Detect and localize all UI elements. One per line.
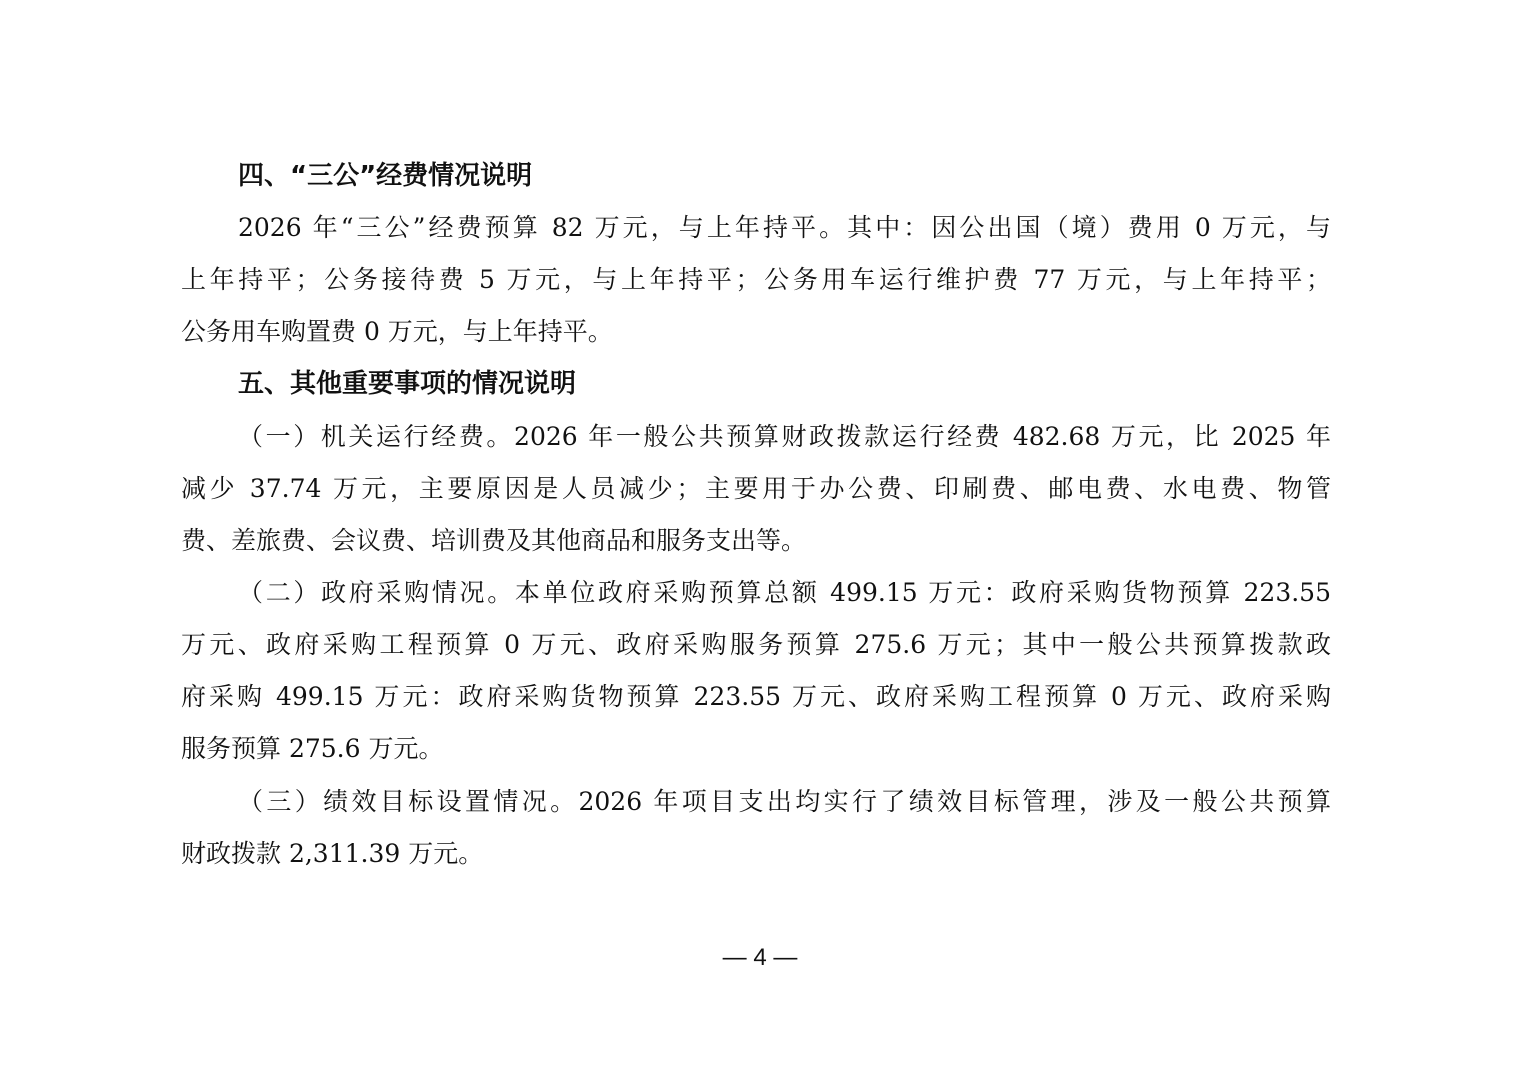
paragraph-line: （二）政府采购情况。本单位政府采购预算总额 499.15 万元：政府采购货物预算…: [238, 567, 1331, 619]
paragraph-line: 费、差旅费、会议费、培训费及其他商品和服务支出等。: [181, 515, 1331, 567]
document-page: 四、“三公”经费情况说明 2026 年“三公”经费预算 82 万元，与上年持平。…: [0, 0, 1520, 1074]
paragraph-line: 上年持平；公务接待费 5 万元，与上年持平；公务用车运行维护费 77 万元，与上…: [181, 254, 1331, 306]
paragraph-line: 2026 年“三公”经费预算 82 万元，与上年持平。其中：因公出国（境）费用 …: [238, 202, 1331, 254]
section-heading-three-public-expenses: 四、“三公”经费情况说明: [238, 150, 1331, 202]
paragraph-line: 万元、政府采购工程预算 0 万元、政府采购服务预算 275.6 万元；其中一般公…: [181, 619, 1331, 671]
paragraph-line: 府采购 499.15 万元：政府采购货物预算 223.55 万元、政府采购工程预…: [181, 671, 1331, 723]
section-heading-other-matters: 五、其他重要事项的情况说明: [238, 358, 1331, 410]
paragraph-line: 公务用车购置费 0 万元，与上年持平。: [181, 306, 1331, 358]
paragraph-line: （一）机关运行经费。2026 年一般公共预算财政拨款运行经费 482.68 万元…: [238, 411, 1331, 463]
paragraph-line: 服务预算 275.6 万元。: [181, 723, 1331, 775]
paragraph-line: 减少 37.74 万元，主要原因是人员减少；主要用于办公费、印刷费、邮电费、水电…: [181, 463, 1331, 515]
paragraph-line: （三）绩效目标设置情况。2026 年项目支出均实行了绩效目标管理，涉及一般公共预…: [238, 776, 1331, 828]
page-number: — 4 —: [0, 940, 1520, 976]
paragraph-line: 财政拨款 2,311.39 万元。: [181, 828, 1331, 880]
